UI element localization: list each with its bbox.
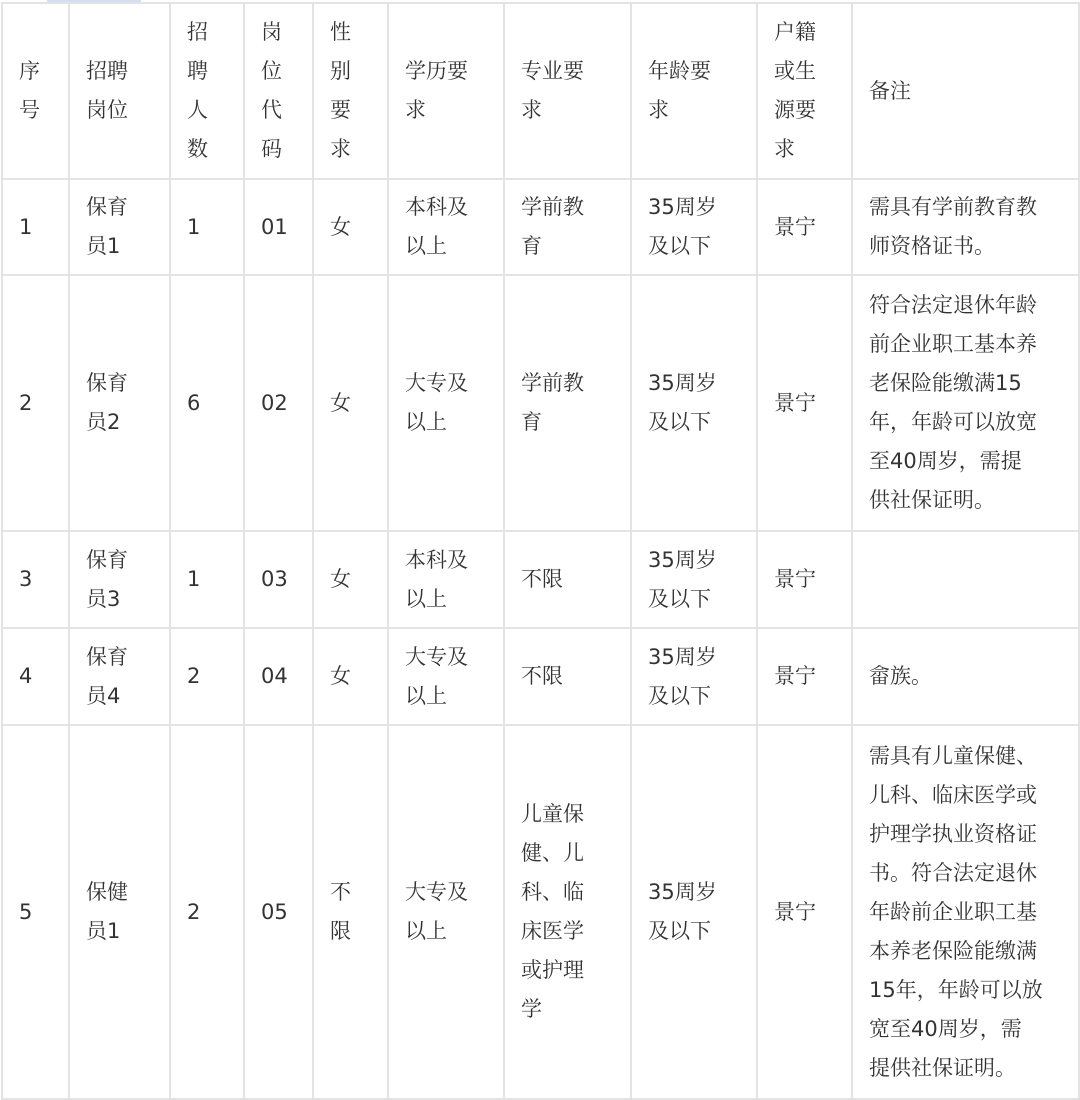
cell-major-text: 学前教 育 [521, 364, 630, 442]
cell-age-text: 35周岁 及以下 [648, 638, 756, 716]
cell-code: 03 [244, 531, 313, 628]
cell-count-text: 1 [187, 208, 243, 247]
cell-residence: 景宁 [757, 179, 852, 275]
cell-education-text: 大专及 以上 [405, 364, 503, 442]
cell-major-text: 不限 [521, 560, 630, 599]
cell-position: 保健 员1 [69, 725, 170, 1099]
cell-count: 1 [170, 179, 244, 275]
cell-age: 35周岁 及以下 [631, 275, 757, 531]
cell-gender: 女 [313, 628, 388, 725]
cell-major: 学前教 育 [504, 275, 631, 531]
cell-gender: 女 [313, 179, 388, 275]
cell-count: 1 [170, 531, 244, 628]
cell-seq: 2 [2, 275, 69, 531]
cell-remark-text: 需具有儿童保健、 儿科、临床医学或 护理学执业资格证 书。符合法定退休 年龄前企… [869, 737, 1060, 1088]
cell-count: 2 [170, 725, 244, 1099]
header-age: 年龄要 求 [631, 3, 757, 179]
cell-education-text: 大专及 以上 [405, 873, 503, 951]
cell-residence-text: 景宁 [774, 893, 851, 932]
cell-position-text: 保育 员2 [86, 364, 169, 442]
cell-residence-text: 景宁 [774, 560, 851, 599]
cell-age: 35周岁 及以下 [631, 725, 757, 1099]
cell-seq: 1 [2, 179, 69, 275]
header-position: 招聘 岗位 [69, 3, 170, 179]
cell-major: 不限 [504, 531, 631, 628]
cell-age-text: 35周岁 及以下 [648, 873, 756, 951]
cell-education-text: 本科及 以上 [405, 541, 503, 619]
cell-residence: 景宁 [757, 275, 852, 531]
cell-code: 04 [244, 628, 313, 725]
cell-seq: 5 [2, 725, 69, 1099]
header-residence-label: 户籍 或生 源要 求 [774, 13, 851, 169]
cell-position-text: 保育 员3 [86, 541, 169, 619]
header-seq: 序 号 [2, 3, 69, 179]
cell-age-text: 35周岁 及以下 [648, 188, 756, 266]
cell-seq: 3 [2, 531, 69, 628]
cell-code-text: 04 [261, 657, 312, 696]
header-gender-label: 性 别 要 求 [330, 13, 387, 169]
cell-age: 35周岁 及以下 [631, 531, 757, 628]
header-count: 招 聘 人 数 [170, 3, 244, 179]
cell-remark-text: 需具有学前教育教 师资格证书。 [869, 188, 1060, 266]
cell-position: 保育 员1 [69, 179, 170, 275]
header-position-label: 招聘 岗位 [86, 52, 169, 130]
header-code: 岗 位 代 码 [244, 3, 313, 179]
cell-remark: 符合法定退休年龄 前企业职工基本养 老保险能缴满15 年，年龄可以放宽 至40周… [852, 275, 1079, 531]
cell-gender-text: 女 [330, 384, 387, 423]
cell-count-text: 2 [187, 893, 243, 932]
cell-position-text: 保育 员1 [86, 188, 169, 266]
cell-major: 儿童保 健、儿 科、临 床医学 或护理 学 [504, 725, 631, 1099]
cell-seq-text: 1 [19, 208, 68, 247]
header-major-label: 专业要 求 [521, 52, 630, 130]
recruitment-table: 序 号 招聘 岗位 招 聘 人 数 岗 位 代 码 性 别 要 求 学历要 求 … [1, 2, 1080, 1100]
cell-major: 不限 [504, 628, 631, 725]
cell-code: 05 [244, 725, 313, 1099]
cell-code: 02 [244, 275, 313, 531]
cell-education: 大专及 以上 [388, 628, 504, 725]
cell-seq: 4 [2, 628, 69, 725]
cell-gender-text: 女 [330, 657, 387, 696]
cell-position-text: 保健 员1 [86, 873, 169, 951]
cell-age-text: 35周岁 及以下 [648, 364, 756, 442]
cell-major-text: 学前教 育 [521, 188, 630, 266]
cell-education-text: 大专及 以上 [405, 638, 503, 716]
table-row: 5 保健 员1 2 05 不 限 大专及 以上 儿童保 健、儿 科、临 床医学 … [2, 725, 1079, 1099]
header-residence: 户籍 或生 源要 求 [757, 3, 852, 179]
cell-major-text: 不限 [521, 657, 630, 696]
cell-code-text: 03 [261, 560, 312, 599]
header-remark: 备注 [852, 3, 1079, 179]
cell-position: 保育 员2 [69, 275, 170, 531]
cell-seq-text: 5 [19, 893, 68, 932]
cell-major-text: 儿童保 健、儿 科、临 床医学 或护理 学 [521, 795, 630, 1029]
cell-remark: 需具有儿童保健、 儿科、临床医学或 护理学执业资格证 书。符合法定退休 年龄前企… [852, 725, 1079, 1099]
cell-age: 35周岁 及以下 [631, 179, 757, 275]
header-code-label: 岗 位 代 码 [261, 13, 312, 169]
cell-position: 保育 员3 [69, 531, 170, 628]
header-education: 学历要 求 [388, 3, 504, 179]
cell-gender: 女 [313, 275, 388, 531]
header-gender: 性 别 要 求 [313, 3, 388, 179]
header-major: 专业要 求 [504, 3, 631, 179]
header-seq-label: 序 号 [19, 52, 68, 130]
cell-gender-text: 不 限 [330, 873, 387, 951]
cell-gender-text: 女 [330, 208, 387, 247]
cell-education: 大专及 以上 [388, 725, 504, 1099]
cell-remark [852, 531, 1079, 628]
header-remark-label: 备注 [869, 72, 1078, 111]
table-row: 3 保育 员3 1 03 女 本科及 以上 不限 35周岁 及以下 景宁 [2, 531, 1079, 628]
cell-code-text: 05 [261, 893, 312, 932]
cell-education: 本科及 以上 [388, 531, 504, 628]
header-education-label: 学历要 求 [405, 52, 503, 130]
cell-remark-text: 畲族。 [869, 657, 1060, 696]
cell-remark: 畲族。 [852, 628, 1079, 725]
cell-residence: 景宁 [757, 628, 852, 725]
cell-count: 2 [170, 628, 244, 725]
cell-gender-text: 女 [330, 560, 387, 599]
cell-code-text: 01 [261, 208, 312, 247]
cell-code: 01 [244, 179, 313, 275]
cell-code-text: 02 [261, 384, 312, 423]
cell-education: 大专及 以上 [388, 275, 504, 531]
cell-major: 学前教 育 [504, 179, 631, 275]
cell-age: 35周岁 及以下 [631, 628, 757, 725]
cell-gender: 不 限 [313, 725, 388, 1099]
cell-education-text: 本科及 以上 [405, 188, 503, 266]
header-count-label: 招 聘 人 数 [187, 13, 243, 169]
cell-residence: 景宁 [757, 531, 852, 628]
cell-age-text: 35周岁 及以下 [648, 541, 756, 619]
cell-residence-text: 景宁 [774, 384, 851, 423]
cell-position: 保育 员4 [69, 628, 170, 725]
cell-residence-text: 景宁 [774, 657, 851, 696]
cell-residence: 景宁 [757, 725, 852, 1099]
table-row: 4 保育 员4 2 04 女 大专及 以上 不限 35周岁 及以下 景宁 畲族。 [2, 628, 1079, 725]
table-row: 2 保育 员2 6 02 女 大专及 以上 学前教 育 35周岁 及以下 景宁 … [2, 275, 1079, 531]
cell-education: 本科及 以上 [388, 179, 504, 275]
cell-position-text: 保育 员4 [86, 638, 169, 716]
cell-seq-text: 3 [19, 560, 68, 599]
cell-count: 6 [170, 275, 244, 531]
cell-residence-text: 景宁 [774, 208, 851, 247]
cell-remark-text: 符合法定退休年龄 前企业职工基本养 老保险能缴满15 年，年龄可以放宽 至40周… [869, 286, 1060, 520]
table-header-row: 序 号 招聘 岗位 招 聘 人 数 岗 位 代 码 性 别 要 求 学历要 求 … [2, 3, 1079, 179]
cell-seq-text: 4 [19, 657, 68, 696]
cell-count-text: 1 [187, 560, 243, 599]
cell-remark: 需具有学前教育教 师资格证书。 [852, 179, 1079, 275]
cell-gender: 女 [313, 531, 388, 628]
table-row: 1 保育 员1 1 01 女 本科及 以上 学前教 育 35周岁 及以下 景宁 … [2, 179, 1079, 275]
cell-seq-text: 2 [19, 384, 68, 423]
header-age-label: 年龄要 求 [648, 52, 756, 130]
cell-count-text: 2 [187, 657, 243, 696]
cell-count-text: 6 [187, 384, 243, 423]
